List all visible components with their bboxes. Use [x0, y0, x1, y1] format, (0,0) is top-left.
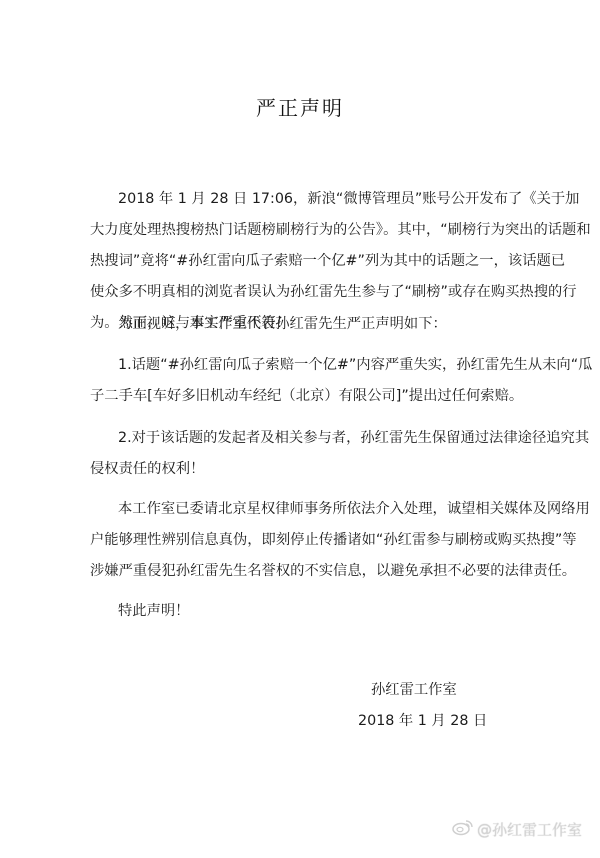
paragraph-point-2: 2.对于该话题的发起者及相关参与者，孙红雷先生保留通过法律途径追究其 侵权责任的…: [90, 423, 514, 485]
text-line: 侵权责任的权利！: [90, 454, 514, 485]
text-line: 热搜词”竟将“#孙红雷向瓜子索赔一个亿#”列为其中的话题之一，该话题已: [90, 246, 514, 277]
text-line: 大力度处理热搜榜热门话题榜刷榜行为的公告》。其中，“刷榜行为突出的话题和: [90, 215, 514, 246]
text-line: 户能够理性辨别信息真伪，即刻停止传播诸如“孙红雷参与刷榜或购买热搜”等: [90, 525, 514, 556]
watermark-text: @孙红雷工作室: [477, 819, 582, 840]
signature-date: 2018 年 1 月 28 日: [358, 710, 487, 730]
signature-name: 孙红雷工作室: [371, 679, 457, 699]
text-line: 2018 年 1 月 28 日 17:06，新浪“微博管理员”账号公开发布了《关…: [90, 184, 514, 215]
text-line: 为正视听，本工作室代表孙红雷先生严正声明如下：: [90, 309, 514, 340]
text-line: 特此声明！: [90, 596, 514, 627]
text-line: 子二手车[车好多旧机动车经纪（北京）有限公司]”提出过任何索赔。: [90, 381, 514, 412]
text-line: 使众多不明真相的浏览者误认为孙红雷先生参与了“刷榜”或存在购买热搜的行: [90, 277, 514, 308]
text-line: 1.话题“#孙红雷向瓜子索赔一个亿#”内容严重失实，孙红雷先生从未向“瓜: [90, 350, 514, 381]
weibo-icon: [452, 818, 474, 840]
text-line: 本工作室已委请北京星权律师事务所依法介入处理，诚望相关媒体及网络用: [90, 494, 514, 525]
document-title: 严正声明: [0, 92, 600, 121]
weibo-watermark: @孙红雷工作室: [452, 818, 582, 840]
paragraph-legal-action: 本工作室已委请北京星权律师事务所依法介入处理，诚望相关媒体及网络用 户能够理性辨…: [90, 494, 514, 587]
text-line: 涉嫌严重侵犯孙红雷先生名誉权的不实信息，以避免承担不必要的法律责任。: [90, 556, 514, 587]
paragraph-closing: 特此声明！: [90, 596, 514, 627]
paragraph-declaration-lead: 为正视听，本工作室代表孙红雷先生严正声明如下：: [90, 309, 514, 340]
text-line: 2.对于该话题的发起者及相关参与者，孙红雷先生保留通过法律途径追究其: [90, 423, 514, 454]
paragraph-point-1: 1.话题“#孙红雷向瓜子索赔一个亿#”内容严重失实，孙红雷先生从未向“瓜 子二手…: [90, 350, 514, 412]
